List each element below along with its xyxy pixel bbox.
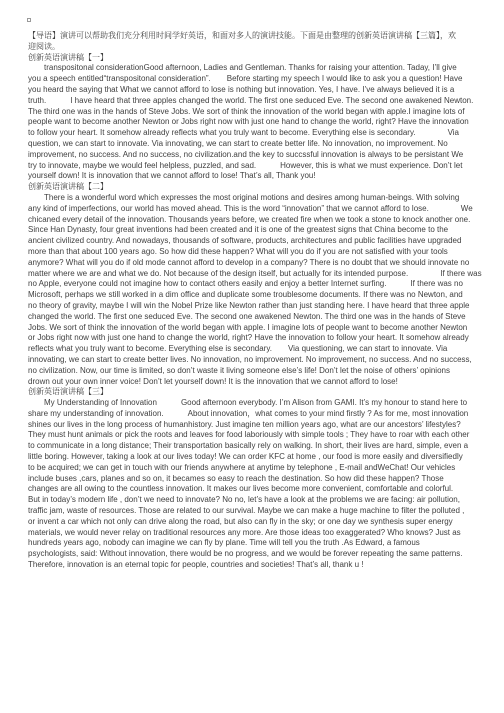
intro-paragraph: 【导语】演讲可以帮助我们充分利用时间学好英语，和面对多人的演讲技能。下面是由整理…	[28, 31, 496, 53]
section-2-paragraph: There is a wonderful word which expresse…	[28, 193, 496, 387]
section-3-paragraph: My Understanding of Innovation Good afte…	[28, 398, 496, 571]
section-1-heading: 创新英语演讲稿【一】	[28, 53, 496, 64]
square-marker-icon	[27, 18, 31, 22]
document-body: 【导语】演讲可以帮助我们充分利用时间学好英语，和面对多人的演讲技能。下面是由整理…	[28, 31, 496, 571]
section-3-heading: 创新英语演讲稿【三】	[28, 387, 496, 398]
document-page: 【导语】演讲可以帮助我们充分利用时间学好英语，和面对多人的演讲技能。下面是由整理…	[0, 0, 504, 713]
section-1-paragraph: transpositonal considerationGood afterno…	[28, 63, 496, 182]
section-2-heading: 创新英语演讲稿【二】	[28, 182, 496, 193]
